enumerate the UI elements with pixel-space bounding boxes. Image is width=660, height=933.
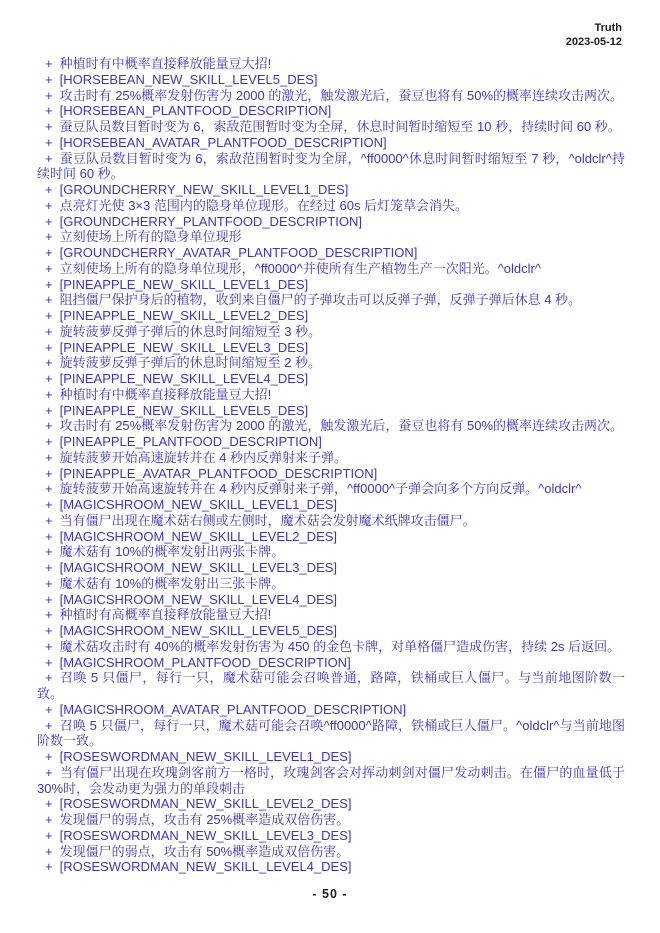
changelog-line: +[PINEAPPLE_AVATAR_PLANTFOOD_DESCRIPTION… [37,466,625,482]
changelog-line: +[GROUNDCHERRY_NEW_SKILL_LEVEL1_DES] [37,182,625,198]
line-bullet: + [45,529,53,544]
changelog-line: +种植时有中概率直接释放能量豆大招! [37,387,625,403]
line-text: [PINEAPPLE_PLANTFOOD_DESCRIPTION] [60,434,322,449]
changelog-line: +[PINEAPPLE_NEW_SKILL_LEVEL2_DES] [37,308,625,324]
line-text: [PINEAPPLE_NEW_SKILL_LEVEL4_DES] [60,371,309,386]
line-bullet: + [45,749,53,764]
line-text: [MAGICSHROOM_NEW_SKILL_LEVEL1_DES] [60,497,337,512]
line-text: [HORSEBEAN_AVATAR_PLANTFOOD_DESCRIPTION] [60,135,387,150]
line-text: 发现僵尸的弱点，攻击有 50%概率造成双倍伤害。 [60,844,350,859]
line-bullet: + [45,324,53,339]
changelog-line: +[ROSESWORDMAN_NEW_SKILL_LEVEL2_DES] [37,796,625,812]
line-bullet: + [45,859,53,874]
changelog-line: +[GROUNDCHERRY_AVATAR_PLANTFOOD_DESCRIPT… [37,245,625,261]
line-bullet: + [45,261,53,276]
changelog-line: +旋转菠萝开始高速旋转并在 4 秒内反弹射来子弹，^ff0000^子弹会向多个方… [37,481,625,497]
changelog-line: +[MAGICSHROOM_NEW_SKILL_LEVEL2_DES] [37,529,625,545]
line-bullet: + [45,670,53,685]
line-text: [ROSESWORDMAN_NEW_SKILL_LEVEL2_DES] [60,796,352,811]
changelog-line: +发现僵尸的弱点，攻击有 25%概率造成双倍伤害。 [37,812,625,828]
line-text: [GROUNDCHERRY_PLANTFOOD_DESCRIPTION] [60,214,362,229]
line-bullet: + [45,355,53,370]
line-text: 种植时有中概率直接释放能量豆大招! [60,387,272,402]
page-header: Truth 2023-05-12 [0,0,660,49]
line-bullet: + [45,418,53,433]
line-text: 旋转菠萝开始高速旋转并在 4 秒内反弹射来子弹。 [60,450,347,465]
changelog-line: +魔术菇有 10%的概率发射出两张卡牌。 [37,544,625,560]
line-bullet: + [45,340,53,355]
page-number: - 50 - [312,887,347,901]
changelog-line: +[MAGICSHROOM_NEW_SKILL_LEVEL4_DES] [37,592,625,608]
line-bullet: + [45,607,53,622]
line-text: [PINEAPPLE_NEW_SKILL_LEVEL2_DES] [60,308,309,323]
line-text: 旋转菠萝反弹子弹后的休息时间缩短至 2 秒。 [60,355,321,370]
changelog-line: +旋转菠萝开始高速旋转并在 4 秒内反弹射来子弹。 [37,450,625,466]
changelog-line: +[HORSEBEAN_AVATAR_PLANTFOOD_DESCRIPTION… [37,135,625,151]
changelog-line: +[ROSESWORDMAN_NEW_SKILL_LEVEL3_DES] [37,828,625,844]
line-text: 点亮灯光使 3×3 范围内的隐身单位现形。在经过 60s 后灯笼草会消失。 [60,198,468,213]
line-bullet: + [45,655,53,670]
line-bullet: + [45,623,53,638]
line-bullet: + [45,796,53,811]
changelog-line: +[PINEAPPLE_NEW_SKILL_LEVEL3_DES] [37,340,625,356]
line-bullet: + [45,229,53,244]
line-bullet: + [45,639,53,654]
line-bullet: + [45,513,53,528]
line-text: [PINEAPPLE_NEW_SKILL_LEVEL1_DES] [60,277,309,292]
changelog-line: +[HORSEBEAN_NEW_SKILL_LEVEL5_DES] [37,72,625,88]
changelog-line: +蚕豆队员数目暂时变为 6，索敌范围暂时变为全屏，休息时间暂时缩短至 10 秒，… [37,119,625,135]
changelog-line: +[MAGICSHROOM_NEW_SKILL_LEVEL5_DES] [37,623,625,639]
changelog-line: +[PINEAPPLE_NEW_SKILL_LEVEL4_DES] [37,371,625,387]
changelog-line: +发现僵尸的弱点，攻击有 50%概率造成双倍伤害。 [37,844,625,860]
line-text: [MAGICSHROOM_PLANTFOOD_DESCRIPTION] [60,655,351,670]
line-text: [MAGICSHROOM_NEW_SKILL_LEVEL5_DES] [60,623,337,638]
line-bullet: + [45,702,53,717]
line-text: [ROSESWORDMAN_NEW_SKILL_LEVEL3_DES] [60,828,352,843]
changelog-line: +[MAGICSHROOM_NEW_SKILL_LEVEL1_DES] [37,497,625,513]
changelog-line: +旋转菠萝反弹子弹后的休息时间缩短至 3 秒。 [37,324,625,340]
line-text: 立刻使场上所有的隐身单位现形，^ff0000^并使所有生产植物生产一次阳光。^o… [60,261,541,276]
line-bullet: + [45,198,53,213]
header-title: Truth [0,21,622,35]
line-bullet: + [45,214,53,229]
line-bullet: + [45,844,53,859]
line-text: 蚕豆队员数目暂时变为 6，索敌范围暂时变为全屏，休息时间暂时缩短至 10 秒，持… [60,119,621,134]
line-bullet: + [45,450,53,465]
line-bullet: + [45,828,53,843]
line-text: [GROUNDCHERRY_AVATAR_PLANTFOOD_DESCRIPTI… [60,245,418,260]
line-text: 魔术菇有 10%的概率发射出三张卡牌。 [60,576,285,591]
changelog-line: +[PINEAPPLE_PLANTFOOD_DESCRIPTION] [37,434,625,450]
line-bullet: + [45,560,53,575]
line-bullet: + [45,119,53,134]
changelog-line: +旋转菠萝反弹子弹后的休息时间缩短至 2 秒。 [37,355,625,371]
line-bullet: + [45,72,53,87]
line-bullet: + [45,135,53,150]
line-bullet: + [45,497,53,512]
line-text: 发现僵尸的弱点，攻击有 25%概率造成双倍伤害。 [60,812,350,827]
line-text: [PINEAPPLE_NEW_SKILL_LEVEL5_DES] [60,403,309,418]
changelog-line: +[PINEAPPLE_NEW_SKILL_LEVEL1_DES] [37,277,625,293]
line-bullet: + [45,403,53,418]
changelog-line: +魔术菇攻击时有 40%的概率发射伤害为 450 的金色卡牌，对单格僵尸造成伤害… [37,639,625,655]
line-text: 阻挡僵尸保护身后的植物，收到来自僵尸的子弹攻击可以反弹子弹，反弹子弹后休息 4 … [60,292,581,307]
line-bullet: + [45,576,53,591]
line-text: 旋转菠萝反弹子弹后的休息时间缩短至 3 秒。 [60,324,321,339]
line-bullet: + [45,812,53,827]
line-text: 种植时有中概率直接释放能量豆大招! [60,56,272,71]
changelog-line: +种植时有高概率直接释放能量豆大招! [37,607,625,623]
line-bullet: + [45,434,53,449]
line-bullet: + [45,544,53,559]
changelog-line: +立刻使场上所有的隐身单位现形，^ff0000^并使所有生产植物生产一次阳光。^… [37,261,625,277]
changelog-line: +[PINEAPPLE_NEW_SKILL_LEVEL5_DES] [37,403,625,419]
line-text: [HORSEBEAN_NEW_SKILL_LEVEL5_DES] [60,72,318,87]
line-text: [PINEAPPLE_AVATAR_PLANTFOOD_DESCRIPTION] [60,466,378,481]
line-bullet: + [45,151,53,166]
changelog-line: +[ROSESWORDMAN_NEW_SKILL_LEVEL4_DES] [37,859,625,875]
line-bullet: + [45,277,53,292]
line-bullet: + [45,103,53,118]
line-text: [HORSEBEAN_PLANTFOOD_DESCRIPTION] [60,103,332,118]
line-bullet: + [45,387,53,402]
line-bullet: + [45,292,53,307]
line-bullet: + [45,245,53,260]
line-text: 种植时有高概率直接释放能量豆大招! [60,607,272,622]
changelog-line: +魔术菇有 10%的概率发射出三张卡牌。 [37,576,625,592]
changelog-line: +[MAGICSHROOM_AVATAR_PLANTFOOD_DESCRIPTI… [37,702,625,718]
changelog-line: +[MAGICSHROOM_NEW_SKILL_LEVEL3_DES] [37,560,625,576]
changelog-line: +种植时有中概率直接释放能量豆大招! [37,56,625,72]
changelog-line: +[GROUNDCHERRY_PLANTFOOD_DESCRIPTION] [37,214,625,230]
line-text: [PINEAPPLE_NEW_SKILL_LEVEL3_DES] [60,340,309,355]
line-text: [MAGICSHROOM_NEW_SKILL_LEVEL4_DES] [60,592,337,607]
line-bullet: + [45,308,53,323]
line-text: 当有僵尸出现在玫瑰剑客前方一格时，玫瑰剑客会对挥动刺剑对僵尸发动刺击。在僵尸的血… [37,765,625,796]
changelog-line: +攻击时有 25%概率发射伤害为 2000 的激光，触发激光后，蚕豆也将有 50… [37,418,625,434]
document-page: Truth 2023-05-12 +种植时有中概率直接释放能量豆大招!+[HOR… [0,0,660,933]
changelog-line: +[ROSESWORDMAN_NEW_SKILL_LEVEL1_DES] [37,749,625,765]
line-bullet: + [45,592,53,607]
changelog-line: +召唤 5 只僵尸，每行一只，魔术菇可能会召唤^ff0000^路障，铁桶或巨人僵… [37,718,625,750]
changelog-line: +[MAGICSHROOM_PLANTFOOD_DESCRIPTION] [37,655,625,671]
changelog-line: +当有僵尸出现在魔术菇右侧或左侧时，魔术菇会发射魔术纸牌攻击僵尸。 [37,513,625,529]
line-text: [MAGICSHROOM_AVATAR_PLANTFOOD_DESCRIPTIO… [60,702,406,717]
line-text: 攻击时有 25%概率发射伤害为 2000 的激光，触发激光后，蚕豆也将有 50%… [60,418,623,433]
changelog-line: +立刻使场上所有的隐身单位现形 [37,229,625,245]
line-bullet: + [45,765,53,780]
line-bullet: + [45,182,53,197]
line-text: [MAGICSHROOM_NEW_SKILL_LEVEL3_DES] [60,560,337,575]
line-bullet: + [45,481,53,496]
line-text: [ROSESWORDMAN_NEW_SKILL_LEVEL1_DES] [60,749,352,764]
line-bullet: + [45,718,53,733]
line-text: 当有僵尸出现在魔术菇右侧或左侧时，魔术菇会发射魔术纸牌攻击僵尸。 [60,513,476,528]
changelog-line: +召唤 5 只僵尸，每行一只，魔术菇可能会召唤普通，路障，铁桶或巨人僵尸。与当前… [37,670,625,702]
changelog-line: +点亮灯光使 3×3 范围内的隐身单位现形。在经过 60s 后灯笼草会消失。 [37,198,625,214]
line-text: 攻击时有 25%概率发射伤害为 2000 的激光，触发激光后，蚕豆也将有 50%… [60,88,623,103]
changelog-line: +阻挡僵尸保护身后的植物，收到来自僵尸的子弹攻击可以反弹子弹，反弹子弹后休息 4… [37,292,625,308]
line-bullet: + [45,371,53,386]
line-text: 立刻使场上所有的隐身单位现形 [60,229,242,244]
line-text: [MAGICSHROOM_NEW_SKILL_LEVEL2_DES] [60,529,337,544]
changelog-line: +蚕豆队员数目暂时变为 6，索敌范围暂时变为全屏，^ff0000^休息时间暂时缩… [37,151,625,183]
changelog-line: +[HORSEBEAN_PLANTFOOD_DESCRIPTION] [37,103,625,119]
changelog-line: +攻击时有 25%概率发射伤害为 2000 的激光，触发激光后，蚕豆也将有 50… [37,88,625,104]
line-text: 旋转菠萝开始高速旋转并在 4 秒内反弹射来子弹，^ff0000^子弹会向多个方向… [60,481,582,496]
page-footer: - 50 - [0,885,660,903]
line-text: 召唤 5 只僵尸，每行一只，魔术菇可能会召唤^ff0000^路障，铁桶或巨人僵尸… [37,718,625,749]
line-text: 蚕豆队员数目暂时变为 6，索敌范围暂时变为全屏，^ff0000^休息时间暂时缩短… [37,151,625,182]
line-text: 召唤 5 只僵尸，每行一只，魔术菇可能会召唤普通，路障，铁桶或巨人僵尸。与当前地… [37,670,625,701]
line-bullet: + [45,466,53,481]
line-text: [GROUNDCHERRY_NEW_SKILL_LEVEL1_DES] [60,182,349,197]
changelog-line: +当有僵尸出现在玫瑰剑客前方一格时，玫瑰剑客会对挥动刺剑对僵尸发动刺击。在僵尸的… [37,765,625,797]
line-text: [ROSESWORDMAN_NEW_SKILL_LEVEL4_DES] [60,859,352,874]
line-bullet: + [45,56,53,71]
header-date: 2023-05-12 [0,35,622,49]
line-text: 魔术菇攻击时有 40%的概率发射伤害为 450 的金色卡牌，对单格僵尸造成伤害，… [60,639,621,654]
line-bullet: + [45,88,53,103]
line-text: 魔术菇有 10%的概率发射出两张卡牌。 [60,544,285,559]
changelog-list: +种植时有中概率直接释放能量豆大招!+[HORSEBEAN_NEW_SKILL_… [37,56,625,875]
